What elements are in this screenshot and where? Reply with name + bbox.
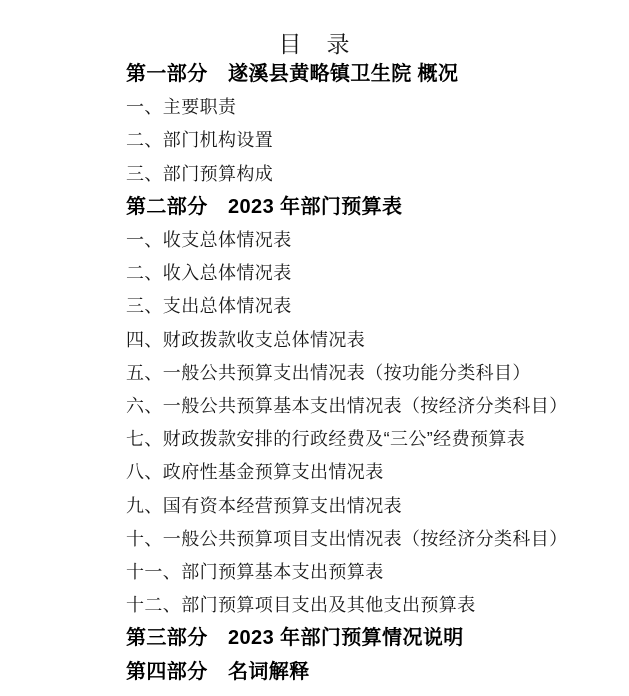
toc-part-heading: 第二部分 2023 年部门预算表 bbox=[126, 191, 629, 224]
toc-part-heading: 第三部分 2023 年部门预算情况说明 bbox=[126, 622, 629, 655]
doc-title: 目 录 bbox=[0, 31, 629, 58]
toc-item: 十、一般公共预算项目支出情况表（按经济分类科目） bbox=[126, 523, 629, 556]
toc-item: 二、部门机构设置 bbox=[126, 124, 629, 157]
toc-item: 十二、部门预算项目支出及其他支出预算表 bbox=[126, 589, 629, 622]
toc-item: 八、政府性基金预算支出情况表 bbox=[126, 456, 629, 489]
toc-item: 二、收入总体情况表 bbox=[126, 257, 629, 290]
toc-part-heading: 第一部分 遂溪县黄略镇卫生院 概况 bbox=[126, 58, 629, 91]
toc-item: 三、部门预算构成 bbox=[126, 158, 629, 191]
toc-item: 三、支出总体情况表 bbox=[126, 290, 629, 323]
toc-item: 一、主要职责 bbox=[126, 91, 629, 124]
toc-item: 九、国有资本经营预算支出情况表 bbox=[126, 490, 629, 523]
toc-list: 第一部分 遂溪县黄略镇卫生院 概况一、主要职责二、部门机构设置三、部门预算构成第… bbox=[0, 58, 629, 689]
toc-item: 十一、部门预算基本支出预算表 bbox=[126, 556, 629, 589]
toc-part-heading: 第四部分 名词解释 bbox=[126, 656, 629, 689]
toc-item: 六、一般公共预算基本支出情况表（按经济分类科目） bbox=[126, 390, 629, 423]
toc-item: 七、财政拨款安排的行政经费及“三公”经费预算表 bbox=[126, 423, 629, 456]
toc-item: 五、一般公共预算支出情况表（按功能分类科目） bbox=[126, 357, 629, 390]
toc-item: 一、收支总体情况表 bbox=[126, 224, 629, 257]
document-page: 目 录 第一部分 遂溪县黄略镇卫生院 概况一、主要职责二、部门机构设置三、部门预… bbox=[0, 0, 629, 696]
toc-item: 四、财政拨款收支总体情况表 bbox=[126, 324, 629, 357]
